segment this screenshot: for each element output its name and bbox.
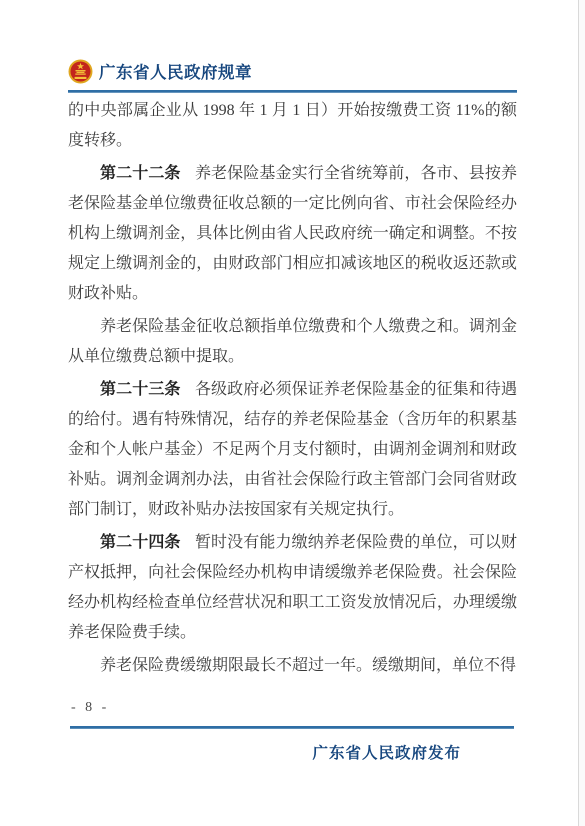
footer-divider-line [70, 726, 514, 729]
paragraph: 第二十四条暂时没有能力缴纳养老保险费的单位，可以财产权抵押，向社会保险经办机构申… [68, 528, 517, 648]
article-number: 第二十三条 [100, 381, 181, 398]
page-number: - 8 - [71, 700, 109, 716]
article-number: 第二十二条 [100, 165, 181, 182]
paragraph: 的中央部属企业从 1998 年 1 月 1 日）开始按缴费工资 11%的额度转移… [68, 96, 517, 156]
document-header-title: 广东省人民政府规章 [99, 59, 252, 83]
paragraph: 养老保险费缓缴期限最长不超过一年。缓缴期间，单位不得 [68, 651, 517, 681]
paragraph-text: 养老保险基金实行全省统筹前，各市、县按养老保险基金单位缴费征收总额的一定比例向省… [68, 165, 517, 302]
header-divider-line [68, 90, 517, 93]
page-edge-gutter [578, 0, 585, 826]
paragraph-text: 的中央部属企业从 1998 年 1 月 1 日）开始按缴费工资 11%的额度转移… [68, 102, 517, 149]
national-emblem-icon [68, 59, 93, 84]
document-header: 广东省人民政府规章 [68, 56, 252, 86]
paragraph: 第二十三条各级政府必须保证养老保险基金的征集和待遇的给付。遇有特殊情况，结存的养… [68, 375, 517, 525]
publisher-label: 广东省人民政府发布 [68, 741, 461, 763]
paragraph-text: 各级政府必须保证养老保险基金的征集和待遇的给付。遇有特殊情况，结存的养老保险基金… [68, 381, 517, 518]
document-page: 广东省人民政府规章 的中央部属企业从 1998 年 1 月 1 日）开始按缴费工… [0, 0, 585, 826]
paragraph: 养老保险基金征收总额指单位缴费和个人缴费之和。调剂金从单位缴费总额中提取。 [68, 312, 517, 372]
article-number: 第二十四条 [100, 534, 181, 551]
paragraph-text: 养老保险基金征收总额指单位缴费和个人缴费之和。调剂金从单位缴费总额中提取。 [68, 318, 517, 365]
paragraph-text: 养老保险费缓缴期限最长不超过一年。缓缴期间，单位不得 [100, 657, 516, 674]
paragraph: 第二十二条养老保险基金实行全省统筹前，各市、县按养老保险基金单位缴费征收总额的一… [68, 159, 517, 309]
document-body: 的中央部属企业从 1998 年 1 月 1 日）开始按缴费工资 11%的额度转移… [68, 96, 517, 684]
